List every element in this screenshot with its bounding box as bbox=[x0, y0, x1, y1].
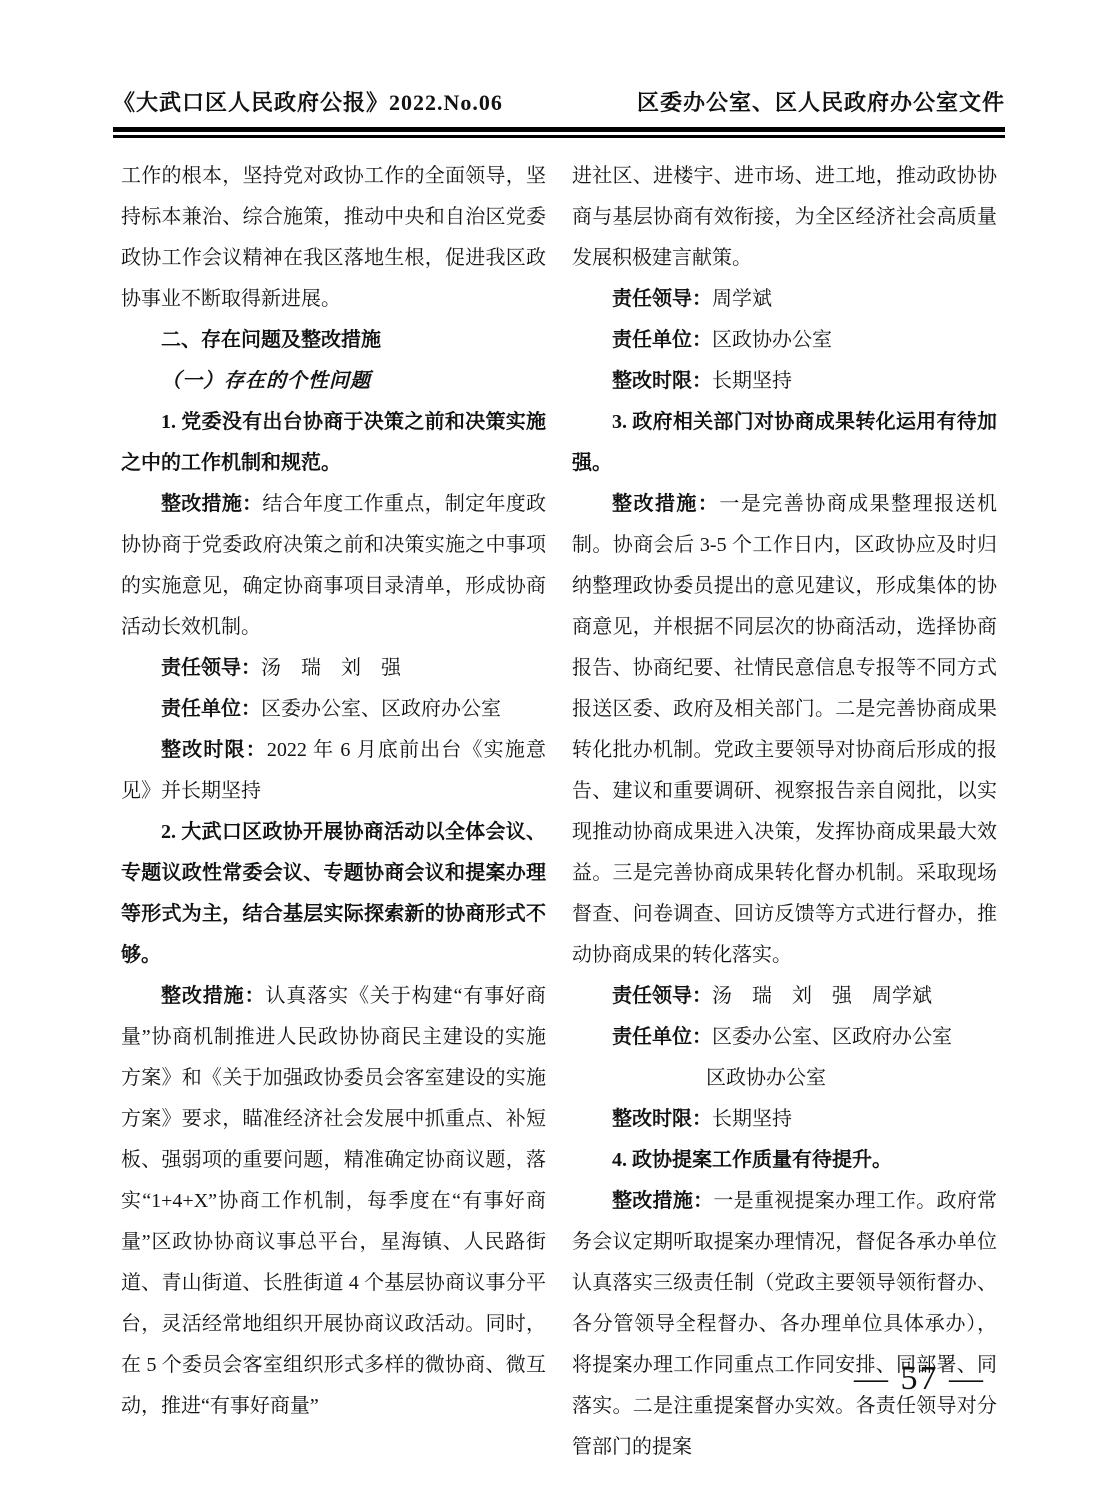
paragraph: 责任单位：区政协办公室 bbox=[572, 320, 997, 361]
paragraph-label: 整改时限： bbox=[161, 739, 267, 761]
gazette-page: 《大武口区人民政府公报》2022.No.06 区委办公室、区人民政府办公室文件 … bbox=[0, 0, 1105, 1489]
paragraph: 整改时限：长期坚持 bbox=[572, 1099, 997, 1140]
paragraph-label: 整改措施： bbox=[161, 493, 262, 515]
paragraph-label: 责任领导： bbox=[161, 657, 261, 679]
paragraph: 责任领导：汤 瑞 刘 强 bbox=[121, 648, 546, 689]
paragraph: 责任领导：周学斌 bbox=[572, 279, 997, 320]
paragraph: 整改措施：一是重视提案办理工作。政府常务会议定期听取提案办理情况，督促各承办单位… bbox=[572, 1181, 997, 1468]
paragraph: 2. 大武口区政协开展协商活动以全体会议、专题议政性常委会议、专题协商会议和提案… bbox=[121, 812, 546, 976]
paragraph: 责任领导：汤 瑞 刘 强 周学斌 bbox=[572, 976, 997, 1017]
paragraph: 整改措施：认真落实《关于构建“有事好商量”协商机制推进人民政协协商民主建设的实施… bbox=[121, 976, 546, 1427]
paragraph-label: 责任单位： bbox=[612, 329, 712, 351]
paragraph: 整改时限：长期坚持 bbox=[572, 361, 997, 402]
paragraph-label: 责任单位： bbox=[161, 698, 261, 720]
paragraph: 责任单位：区委办公室、区政府办公室区政协办公室 bbox=[572, 1017, 997, 1099]
document-category: 区委办公室、区人民政府办公室文件 bbox=[637, 86, 1005, 117]
paragraph: 责任单位：区委办公室、区政府办公室 bbox=[121, 689, 546, 730]
paragraph: 整改时限：2022 年 6 月底前出台《实施意见》并长期坚持 bbox=[121, 730, 546, 812]
paragraph-label: 整改时限： bbox=[612, 1108, 712, 1130]
header-double-rule bbox=[113, 127, 1005, 138]
paragraph: 整改措施：一是完善协商成果整理报送机制。协商会后 3-5 个工作日内，区政协应及… bbox=[572, 484, 997, 976]
paragraph: 整改措施：结合年度工作重点，制定年度政协协商于党委政府决策之前和决策实施之中事项… bbox=[121, 484, 546, 648]
body-columns: 工作的根本，坚持党对政协工作的全面领导，坚持标本兼治、综合施策，推动中央和自治区… bbox=[121, 156, 997, 1468]
paragraph: 1. 党委没有出台协商于决策之前和决策实施之中的工作机制和规范。 bbox=[121, 402, 546, 484]
paragraph: 4. 政协提案工作质量有待提升。 bbox=[572, 1140, 997, 1181]
paragraph-label: 责任单位： bbox=[612, 1026, 712, 1048]
paragraph: 3. 政府相关部门对协商成果转化运用有待加强。 bbox=[572, 402, 997, 484]
paragraph-label: 责任领导： bbox=[612, 288, 712, 310]
paragraph: 二、存在问题及整改措施 bbox=[121, 320, 546, 361]
paragraph-label: 整改时限： bbox=[612, 370, 712, 392]
paragraph-label: 整改措施： bbox=[612, 493, 719, 515]
paragraph: （一）存在的个性问题 bbox=[121, 361, 546, 402]
paragraph-label: 责任领导： bbox=[612, 985, 712, 1007]
page-header: 《大武口区人民政府公报》2022.No.06 区委办公室、区人民政府办公室文件 bbox=[113, 86, 1005, 117]
paragraph-label: 整改措施： bbox=[612, 1190, 713, 1212]
paragraph-label: 整改措施： bbox=[161, 985, 265, 1007]
paragraph-continuation: 区政协办公室 bbox=[706, 1058, 997, 1099]
text-column-left: 工作的根本，坚持党对政协工作的全面领导，坚持标本兼治、综合施策，推动中央和自治区… bbox=[121, 156, 546, 1468]
text-column-right: 进社区、进楼宇、进市场、进工地，推动政协协商与基层协商有效衔接，为全区经济社会高… bbox=[572, 156, 997, 1468]
gazette-title: 《大武口区人民政府公报》2022.No.06 bbox=[113, 86, 503, 117]
paragraph: 工作的根本，坚持党对政协工作的全面领导，坚持标本兼治、综合施策，推动中央和自治区… bbox=[121, 156, 546, 320]
paragraph: 进社区、进楼宇、进市场、进工地，推动政协协商与基层协商有效衔接，为全区经济社会高… bbox=[572, 156, 997, 279]
page-number: — 57 — bbox=[854, 1360, 985, 1398]
